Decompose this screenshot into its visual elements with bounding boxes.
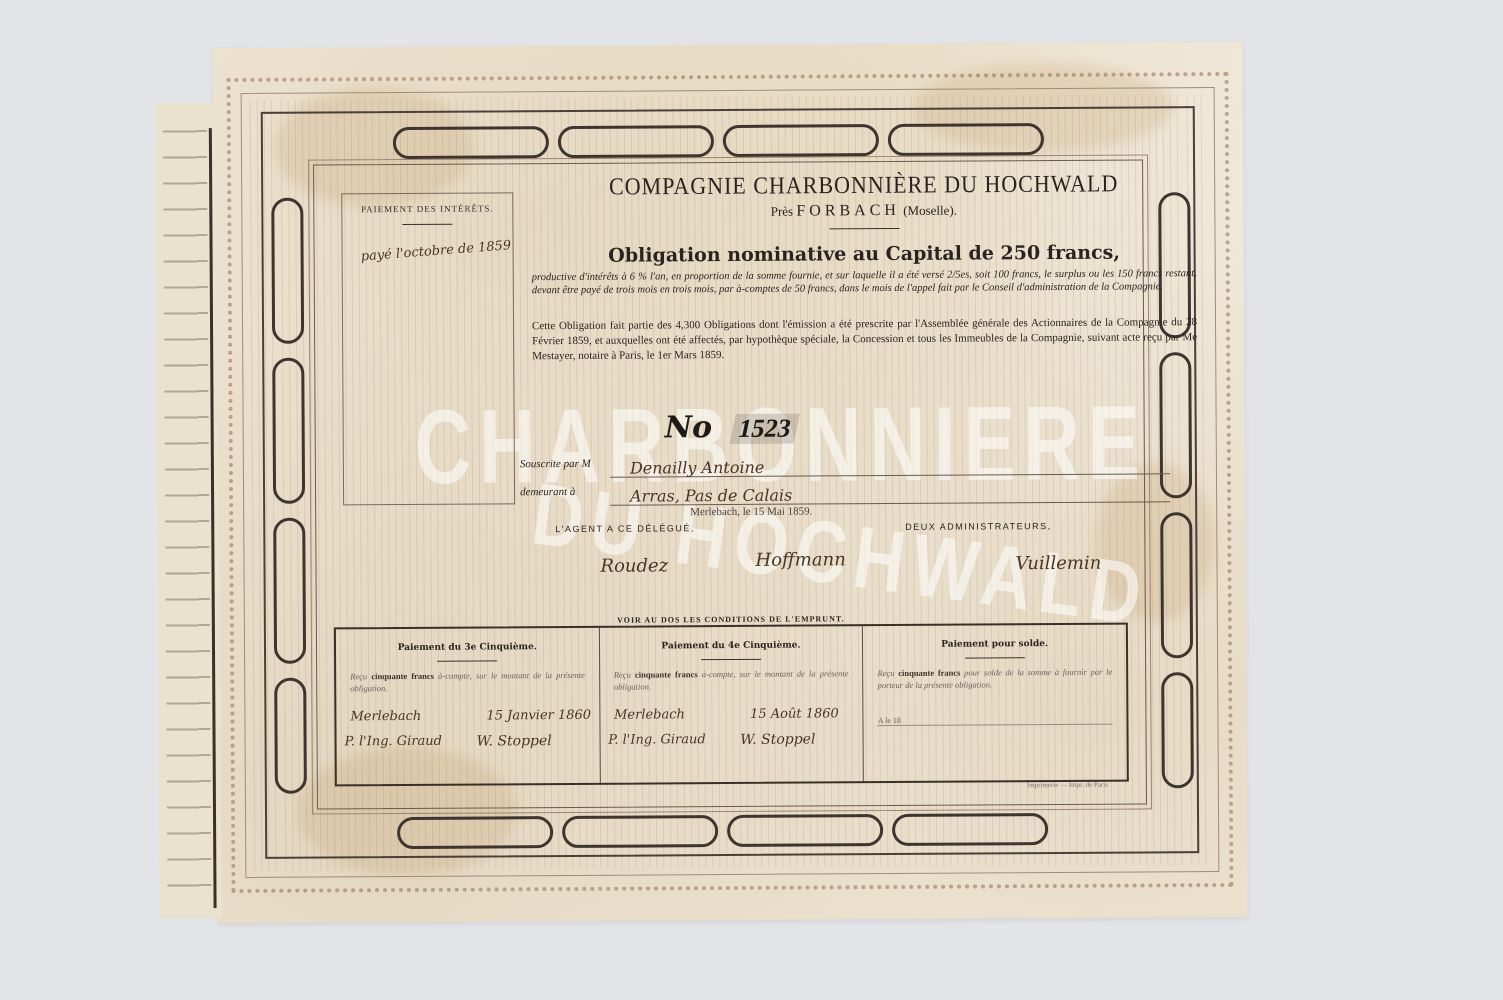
text-prefix: Reçu: [614, 670, 631, 680]
border-chain: [562, 815, 718, 848]
border-chain: [393, 126, 549, 159]
text-prefix: Reçu: [877, 668, 894, 678]
signature-admin-2: Vuillemin: [1015, 553, 1101, 575]
administrators-label: DEUX ADMINISTRATEURS,: [905, 521, 1051, 532]
border-chain: [727, 814, 883, 847]
payment-signer-right: W. Stoppel: [477, 733, 552, 749]
payment-date: 15 Janvier 1860: [486, 708, 591, 724]
border-chain: [273, 518, 306, 664]
stub-ornament: [163, 118, 212, 908]
text-amount: cinquante francs: [898, 668, 960, 678]
bond-number: No 1523: [665, 410, 797, 446]
payment-text: Reçu cinquante francs pour solde de la s…: [877, 666, 1112, 691]
text-prefix: Reçu: [350, 671, 367, 681]
bond-certificate: CHARBONNIERE DU HOCHWALD PAIEMENT DES IN…: [212, 42, 1247, 923]
interest-payment-box: PAIEMENT DES INTÉRÊTS. payé l'octobre de…: [341, 192, 515, 505]
border-chain: [397, 816, 553, 849]
agent-label: L'AGENT A CE DÉLÉGUÉ,: [555, 523, 695, 534]
payment-signer-left: P. l'Ing. Giraud: [345, 734, 442, 750]
payment-date: 15 Août 1860: [750, 706, 839, 722]
residence-label: demeurant à: [520, 486, 575, 498]
printer-note: Imprimerie — Impr. de Paris: [1027, 781, 1108, 789]
payment-signer-right: W. Stoppel: [740, 731, 815, 747]
number-value: 1523: [730, 414, 800, 444]
divider: [965, 657, 1025, 658]
issue-paragraph: Cette Obligation fait partie des 4,300 O…: [532, 315, 1197, 364]
border-chain: [558, 125, 714, 158]
divider: [829, 228, 899, 229]
interest-box-title: PAIEMENT DES INTÉRÊTS.: [342, 203, 512, 214]
signature-agent: Roudez: [600, 555, 668, 576]
bond-title: Obligation nominative au Capital de 250 …: [532, 241, 1197, 267]
border-chain: [892, 813, 1048, 846]
subscriber-value: Denailly Antoine: [630, 458, 765, 478]
payment-place: Merlebach: [350, 709, 421, 724]
subscriber-label: Souscrite par M: [520, 458, 591, 470]
divider: [701, 659, 761, 660]
payment-signer-left: P. l'Ing. Giraud: [608, 732, 705, 748]
border-chain: [1160, 512, 1193, 658]
payment-text: Reçu cinquante francs à-compte, sur le m…: [350, 669, 585, 694]
border-chain: [271, 198, 304, 344]
divider: [402, 224, 452, 225]
payment-text: Reçu cinquante francs à-compte, sur le m…: [614, 667, 849, 692]
payment-table: Paiement du 3e Cinquième. Reçu cinquante…: [334, 623, 1129, 787]
text-amount: cinquante francs: [371, 671, 434, 681]
company-name: COMPAGNIE CHARBONNIÈRE DU HOCHWALD: [531, 169, 1196, 202]
residence-field: demeurant à Arras, Pas de Calais: [520, 482, 1170, 508]
border-chain: [1161, 672, 1194, 788]
subscriber-field: Souscrite par M Denailly Antoine: [520, 454, 1170, 480]
number-label: No: [665, 410, 713, 445]
interest-handwritten-note: payé l'octobre de 1859: [360, 238, 511, 264]
issue-place-date: Merlebach, le 15 Mai 1859.: [690, 505, 812, 518]
payment-title: Paiement du 3e Cinquième.: [350, 642, 585, 653]
payment-col-3rd: Paiement du 3e Cinquième. Reçu cinquante…: [336, 628, 601, 785]
payment-title: Paiement pour solde.: [877, 639, 1112, 650]
payment-col-4th: Paiement du 4e Cinquième. Reçu cinquante…: [600, 626, 865, 783]
bond-text-block: COMPAGNIE CHARBONNIÈRE DU HOCHWALD Près …: [531, 170, 1197, 375]
payment-title: Paiement du 4e Cinquième.: [614, 640, 849, 651]
border-chain: [1159, 352, 1192, 498]
payment-blank-line: A le 18: [878, 715, 1113, 726]
border-chain: [888, 123, 1044, 156]
text-amount: cinquante francs: [635, 669, 698, 679]
border-chain: [274, 678, 307, 794]
border-chain: [723, 124, 879, 157]
terms-paragraph: productive d'intérêts à 6 % l'an, en pro…: [532, 267, 1197, 297]
residence-value: Arras, Pas de Calais: [630, 486, 792, 506]
location-prefix: Près: [771, 204, 793, 219]
divider: [437, 660, 497, 661]
border-chain: [272, 358, 305, 504]
location-region: (Moselle).: [903, 203, 957, 218]
payment-col-balance: Paiement pour solde. Reçu cinquante fran…: [863, 625, 1127, 782]
company-location: Près FORBACH (Moselle).: [531, 200, 1196, 222]
location-city: FORBACH: [796, 202, 900, 220]
signature-admin-1: Hoffmann: [755, 549, 845, 571]
payment-place: Merlebach: [614, 707, 685, 722]
